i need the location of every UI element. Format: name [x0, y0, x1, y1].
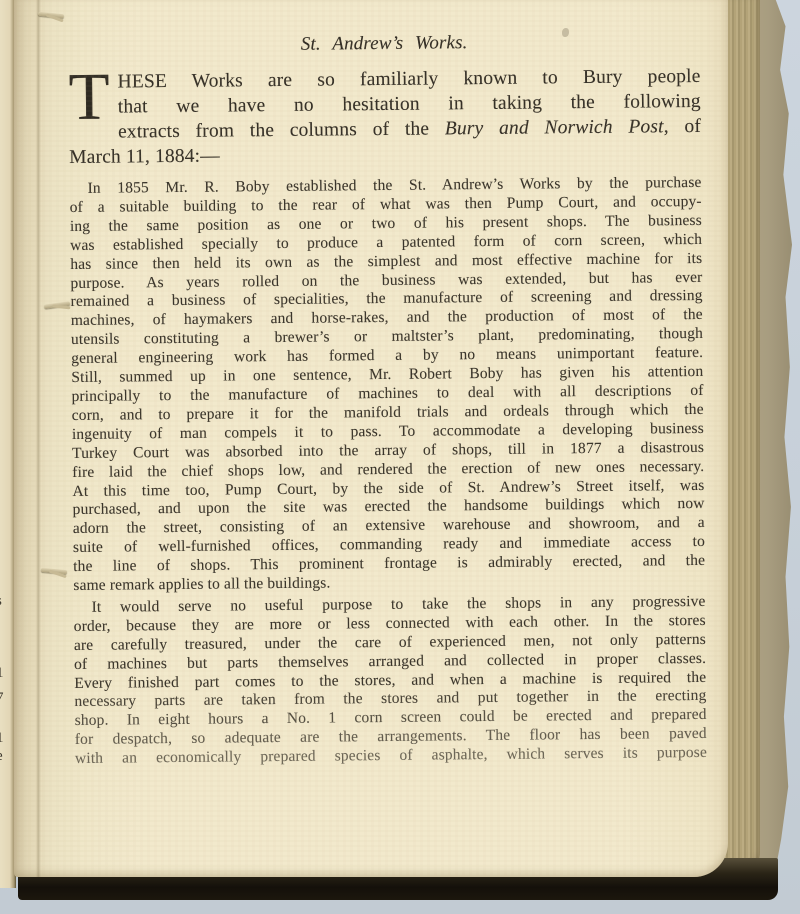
binding-thread: [38, 12, 64, 19]
page-title: St. Andrew’s Works.: [68, 30, 700, 58]
newspaper-name: Bury and Norwich Post: [445, 116, 664, 139]
intro-line-4: March 11, 1884:—: [69, 139, 701, 170]
intro-line-3-tail: , of: [664, 116, 701, 137]
book-page-paper: St. Andrew’s Works. T HESE Works are so …: [14, 0, 728, 877]
gutter-crease: [36, 0, 41, 877]
scanned-book-page: s . 1 7 ; 1 e St. Andrew’s Works. T HESE…: [0, 0, 800, 914]
binding-thread: [41, 568, 67, 574]
gutter-text-fragment: s: [0, 594, 2, 609]
printed-text-block: St. Andrew’s Works. T HESE Works are so …: [68, 22, 707, 769]
binding-thread: [44, 301, 70, 309]
gutter-text-fragment: 1: [0, 666, 4, 681]
intro-line-3-text: extracts from the columns of the: [118, 118, 445, 142]
gutter-text-fragment: 7: [0, 691, 4, 706]
gutter-text-fragment: 1: [0, 731, 4, 746]
drop-cap-letter: T: [68, 72, 110, 121]
gutter-text-fragment: e: [0, 749, 3, 764]
intro-paragraph: T HESE Works are so familiarly known to …: [68, 64, 701, 170]
paragraph-1: In 1855 Mr. R. Boby established the St. …: [69, 174, 705, 596]
paragraph-2: It would serve no useful purpose to take…: [73, 593, 707, 769]
